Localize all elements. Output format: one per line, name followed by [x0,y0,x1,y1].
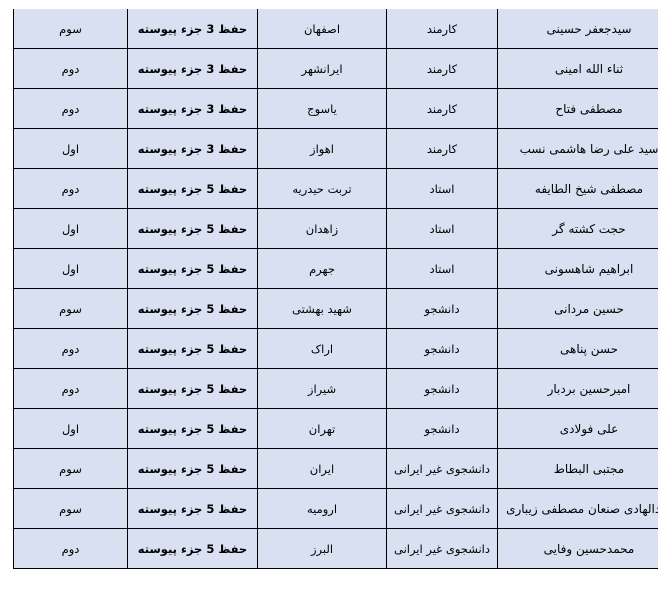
cell-name: مجتبی البطاط [498,449,658,489]
cell-role: کارمند [387,129,498,169]
cell-city: شیراز [258,369,387,409]
cell-city: ایرانشهر [258,49,387,89]
table-row: علی فولادی دانشجو تهران حفظ 5 جزء پیوسته… [14,409,658,449]
cell-name: حسین مردانی [498,289,658,329]
table-row: سیدجعفر حسینی کارمند اصفهان حفظ 3 جزء پی… [14,9,658,49]
cell-name: ابراهیم شاهسونی [498,249,658,289]
cell-rank: اول [14,209,128,249]
cell-city: اراک [258,329,387,369]
cell-award: حفظ 5 جزء پیوسته [128,249,258,289]
cell-award: حفظ 5 جزء پیوسته [128,529,258,569]
cell-role: استاد [387,249,498,289]
cell-name: سیدجعفر حسینی [498,9,658,49]
cell-award: حفظ 5 جزء پیوسته [128,209,258,249]
cell-name: حجت کشته گر [498,209,658,249]
table-row: حسن پناهی دانشجو اراک حفظ 5 جزء پیوسته د… [14,329,658,369]
table-row: محمدحسین وفایی دانشجوی غیر ایرانی البرز … [14,529,658,569]
cell-award: حفظ 5 جزء پیوسته [128,289,258,329]
cell-rank: سوم [14,449,128,489]
cell-city: ایران [258,449,387,489]
cell-name: مصطفی شیخ الطایفه [498,169,658,209]
cell-name: ثناء الله امینی [498,49,658,89]
cell-city: البرز [258,529,387,569]
cell-rank: سوم [14,289,128,329]
table-row: امیرحسین بردبار دانشجو شیراز حفظ 5 جزء پ… [14,369,658,409]
table-row: ابراهیم شاهسونی استاد جهرم حفظ 5 جزء پیو… [14,249,658,289]
cell-rank: دوم [14,169,128,209]
cell-city: جهرم [258,249,387,289]
cell-rank: اول [14,409,128,449]
cell-role: دانشجوی غیر ایرانی [387,529,498,569]
table-row: حجت کشته گر استاد زاهدان حفظ 5 جزء پیوست… [14,209,658,249]
cell-rank: دوم [14,89,128,129]
table-row: مصطفی شیخ الطایفه استاد تربت حیدریه حفظ … [14,169,658,209]
cell-award: حفظ 5 جزء پیوسته [128,369,258,409]
cell-city: ارومیه [258,489,387,529]
cell-award: حفظ 3 جزء پیوسته [128,9,258,49]
cell-role: استاد [387,209,498,249]
table-row: سید علی رضا هاشمی نسب کارمند اهواز حفظ 3… [14,129,658,169]
cell-name: عبدالهادی صنعان مصطفی زیباری [498,489,658,529]
cell-rank: سوم [14,9,128,49]
results-table-container: سیدجعفر حسینی کارمند اصفهان حفظ 3 جزء پی… [13,9,644,569]
cell-city: زاهدان [258,209,387,249]
cell-award: حفظ 5 جزء پیوسته [128,409,258,449]
cell-name: سید علی رضا هاشمی نسب [498,129,658,169]
table-row: عبدالهادی صنعان مصطفی زیباری دانشجوی غیر… [14,489,658,529]
cell-name: علی فولادی [498,409,658,449]
table-row: مجتبی البطاط دانشجوی غیر ایرانی ایران حف… [14,449,658,489]
cell-role: دانشجوی غیر ایرانی [387,449,498,489]
cell-award: حفظ 5 جزء پیوسته [128,449,258,489]
cell-rank: دوم [14,369,128,409]
cell-award: حفظ 5 جزء پیوسته [128,169,258,209]
cell-rank: دوم [14,529,128,569]
table-row: ثناء الله امینی کارمند ایرانشهر حفظ 3 جز… [14,49,658,89]
cell-city: شهید بهشتی [258,289,387,329]
cell-name: محمدحسین وفایی [498,529,658,569]
cell-role: دانشجوی غیر ایرانی [387,489,498,529]
cell-city: یاسوج [258,89,387,129]
cell-name: امیرحسین بردبار [498,369,658,409]
cell-rank: اول [14,249,128,289]
cell-city: اهواز [258,129,387,169]
cell-role: کارمند [387,49,498,89]
cell-role: کارمند [387,89,498,129]
cell-role: کارمند [387,9,498,49]
cell-city: اصفهان [258,9,387,49]
table-row: حسین مردانی دانشجو شهید بهشتی حفظ 5 جزء … [14,289,658,329]
cell-city: تربت حیدریه [258,169,387,209]
cell-rank: اول [14,129,128,169]
results-table: سیدجعفر حسینی کارمند اصفهان حفظ 3 جزء پی… [13,9,658,569]
cell-city: تهران [258,409,387,449]
cell-award: حفظ 3 جزء پیوسته [128,49,258,89]
table-row: مصطفی فتاح کارمند یاسوج حفظ 3 جزء پیوسته… [14,89,658,129]
cell-role: استاد [387,169,498,209]
cell-award: حفظ 5 جزء پیوسته [128,489,258,529]
cell-award: حفظ 5 جزء پیوسته [128,329,258,369]
cell-role: دانشجو [387,369,498,409]
cell-award: حفظ 3 جزء پیوسته [128,89,258,129]
cell-award: حفظ 3 جزء پیوسته [128,129,258,169]
cell-role: دانشجو [387,409,498,449]
cell-role: دانشجو [387,329,498,369]
cell-rank: دوم [14,49,128,89]
cell-rank: دوم [14,329,128,369]
cell-name: حسن پناهی [498,329,658,369]
cell-role: دانشجو [387,289,498,329]
results-table-body: سیدجعفر حسینی کارمند اصفهان حفظ 3 جزء پی… [14,9,658,569]
cell-name: مصطفی فتاح [498,89,658,129]
cell-rank: سوم [14,489,128,529]
